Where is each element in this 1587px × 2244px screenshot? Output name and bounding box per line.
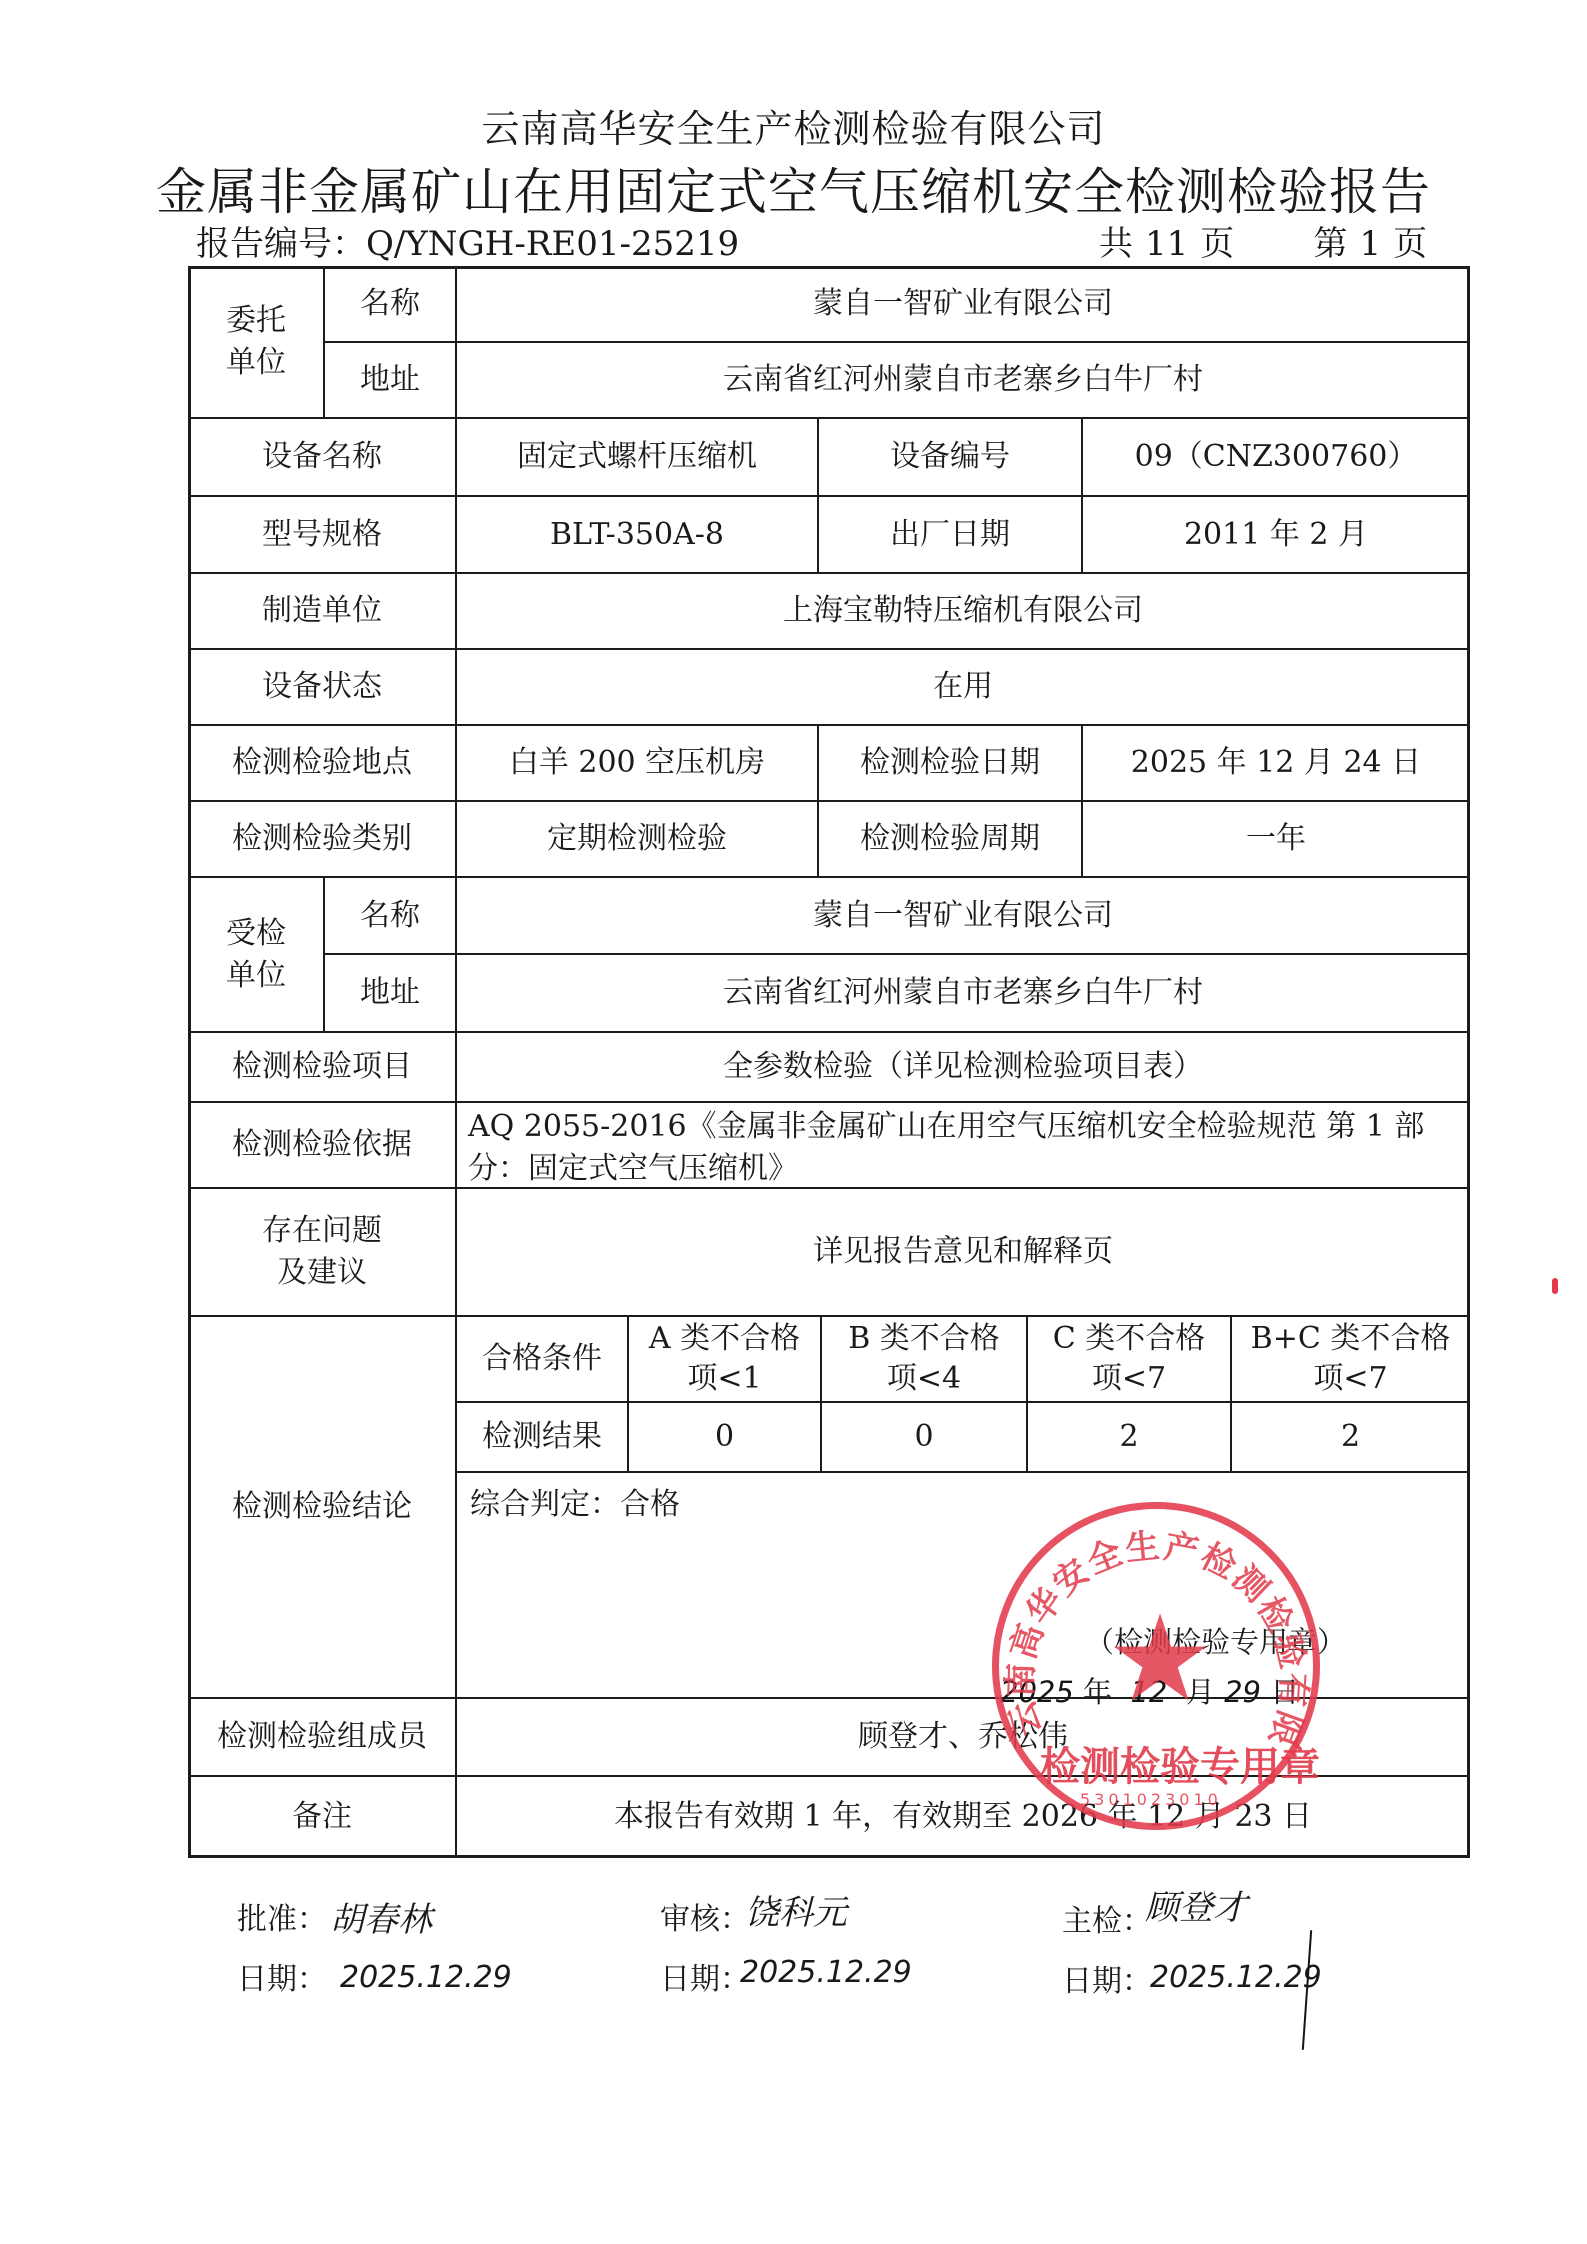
model-label: 型号规格 <box>188 496 456 573</box>
stamp-edge-mark <box>1552 1278 1558 1294</box>
results-label: 检测结果 <box>456 1402 628 1472</box>
divider <box>1026 1316 1028 1472</box>
divider <box>188 417 1470 419</box>
client-name: 蒙自一智矿业有限公司 <box>456 266 1470 342</box>
divider <box>456 1401 1470 1403</box>
status-label: 设备状态 <box>188 649 456 725</box>
client-group-label-line1: 委托 <box>226 300 286 342</box>
issues-label: 存在问题及建议 <box>188 1188 456 1316</box>
divider <box>188 572 1470 574</box>
divider <box>188 876 1470 878</box>
client-address-label: 地址 <box>324 342 456 418</box>
basis-value: AQ 2055-2016《金属非金属矿山在用空气压缩机安全检验规范 第 1 部分… <box>456 1102 1470 1188</box>
report-number-label: 报告编号： <box>196 224 366 264</box>
divider <box>1081 725 1083 877</box>
items-label: 检测检验项目 <box>188 1032 456 1102</box>
criterion-c: C 类不合格项<7 <box>1027 1316 1231 1402</box>
category-label: 检测检验类别 <box>188 801 456 877</box>
criterion-b-line2: 项<4 <box>848 1359 1000 1399</box>
stamp-center-text: 检测检验专用章 <box>1040 1735 1320 1792</box>
inspected-group-label-line1: 受检 <box>226 913 286 955</box>
report-number-value: Q/YNGH-RE01-25219 <box>366 224 739 264</box>
total-pages: 11 <box>1145 224 1188 264</box>
client-group-label-line2: 单位 <box>226 342 286 384</box>
chief-date: 2025.12.29 <box>1150 1960 1322 1995</box>
criterion-a: A 类不合格项<1 <box>628 1316 821 1402</box>
criterion-c-line2: 项<7 <box>1053 1359 1206 1399</box>
divider <box>188 1031 1470 1033</box>
remarks-label: 备注 <box>188 1776 456 1858</box>
items-value: 全参数检验（详见检测检验项目表） <box>456 1032 1470 1102</box>
result-a: 0 <box>628 1402 821 1472</box>
current-page-prefix: 第 <box>1314 224 1348 264</box>
criterion-b-line1: B 类不合格 <box>848 1319 1000 1359</box>
review-date: 2025.12.29 <box>740 1955 912 1990</box>
result-c: 2 <box>1027 1402 1231 1472</box>
manufacture-date-label: 出厂日期 <box>818 496 1082 573</box>
basis-label: 检测检验依据 <box>188 1102 456 1188</box>
criterion-a-line1: A 类不合格 <box>649 1319 800 1359</box>
divider <box>324 953 1470 955</box>
location-label: 检测检验地点 <box>188 725 456 801</box>
approve-label: 批准： <box>237 1894 327 1938</box>
manufacturer: 上海宝勒特压缩机有限公司 <box>456 573 1470 649</box>
issues-value: 详见报告意见和解释页 <box>456 1188 1470 1316</box>
criterion-a-line2: 项<1 <box>649 1359 800 1399</box>
divider <box>1081 418 1083 573</box>
divider <box>323 266 325 418</box>
divider <box>817 418 819 573</box>
inspected-name-label: 名称 <box>324 877 456 954</box>
period-label: 检测检验周期 <box>818 801 1082 877</box>
conditions-label: 合格条件 <box>456 1316 628 1402</box>
divider <box>323 877 325 1032</box>
total-pages-prefix: 共 <box>1099 224 1133 264</box>
company-name: 云南高华安全生产检测检验有限公司 <box>0 98 1587 153</box>
inspected-name: 蒙自一智矿业有限公司 <box>456 877 1470 954</box>
basis-line-2: 分：固定式空气压缩机》 <box>468 1148 1424 1190</box>
client-address: 云南省红河州蒙自市老寨乡白牛厂村 <box>456 342 1470 418</box>
period: 一年 <box>1082 801 1470 877</box>
conclusion-label: 检测检验结论 <box>188 1316 456 1698</box>
chief-date-label: 日期： <box>1062 1956 1152 2000</box>
criterion-c-line1: C 类不合格 <box>1053 1319 1206 1359</box>
team-label: 检测检验组成员 <box>188 1698 456 1776</box>
criterion-b: B 类不合格项<4 <box>821 1316 1027 1402</box>
status-value: 在用 <box>456 649 1470 725</box>
divider <box>188 1187 1470 1189</box>
report-title: 金属非金属矿山在用固定式空气压缩机安全检测检验报告 <box>0 152 1587 224</box>
criterion-bc-line1: B+C 类不合格 <box>1251 1319 1451 1359</box>
category: 定期检测检验 <box>456 801 818 877</box>
approve-date-label: 日期： <box>237 1954 327 1998</box>
page-info: 共11页 第1页 <box>1093 216 1433 265</box>
criterion-bc: B+C 类不合格项<7 <box>1231 1316 1470 1402</box>
total-pages-unit: 页 <box>1200 224 1234 264</box>
basis-line-1: AQ 2055-2016《金属非金属矿山在用空气压缩机安全检验规范 第 1 部 <box>468 1106 1424 1148</box>
inspection-date-label: 检测检验日期 <box>818 725 1082 801</box>
divider <box>817 725 819 877</box>
manufacturer-label: 制造单位 <box>188 573 456 649</box>
divider <box>627 1316 629 1472</box>
divider <box>324 341 1470 343</box>
approve-date: 2025.12.29 <box>340 1960 512 1995</box>
result-bc: 2 <box>1231 1402 1470 1472</box>
review-signature: 饶科元 <box>745 1885 847 1934</box>
client-group-label: 委托单位 <box>188 266 324 418</box>
equipment-name-label: 设备名称 <box>188 418 456 496</box>
equipment-name: 固定式螺杆压缩机 <box>456 418 818 496</box>
report-number: 报告编号：Q/YNGH-RE01-25219 <box>196 216 739 265</box>
inspection-date: 2025 年 12 月 24 日 <box>1082 725 1470 801</box>
current-page: 1 <box>1360 224 1382 264</box>
svg-text:云南高华安全生产检测检验有限公司: 云南高华安全生产检测检验有限公司 <box>992 1502 1314 1753</box>
divider <box>188 1101 1470 1103</box>
divider <box>188 800 1470 802</box>
divider <box>1230 1316 1232 1472</box>
issues-label-line2: 及建议 <box>262 1252 382 1294</box>
divider <box>188 1315 1470 1317</box>
manufacture-date: 2011 年 2 月 <box>1082 496 1470 573</box>
equipment-number: 09（CNZ300760） <box>1082 418 1470 496</box>
inspected-group-label-line2: 单位 <box>226 955 286 997</box>
result-b: 0 <box>821 1402 1027 1472</box>
divider <box>455 266 457 1858</box>
approve-signature: 胡春林 <box>330 1892 432 1941</box>
location: 白羊 200 空压机房 <box>456 725 818 801</box>
review-date-label: 日期： <box>660 1954 750 1998</box>
divider <box>188 648 1470 650</box>
divider <box>188 724 1470 726</box>
chief-label: 主检： <box>1062 1896 1152 1940</box>
criterion-bc-line2: 项<7 <box>1251 1359 1451 1399</box>
equipment-number-label: 设备编号 <box>818 418 1082 496</box>
stamp-code: 5301023010 <box>1080 1790 1222 1809</box>
inspected-address: 云南省红河州蒙自市老寨乡白牛厂村 <box>456 954 1470 1032</box>
model: BLT-350A-8 <box>456 496 818 573</box>
issues-label-line1: 存在问题 <box>262 1210 382 1252</box>
client-name-label: 名称 <box>324 266 456 342</box>
divider <box>456 1471 1470 1473</box>
review-label: 审核： <box>660 1894 750 1938</box>
inspected-address-label: 地址 <box>324 954 456 1032</box>
current-page-unit: 页 <box>1393 224 1427 264</box>
chief-signature: 顾登才 <box>1145 1880 1247 1929</box>
divider <box>188 495 1470 497</box>
inspected-group-label: 受检单位 <box>188 877 324 1032</box>
divider <box>820 1316 822 1472</box>
